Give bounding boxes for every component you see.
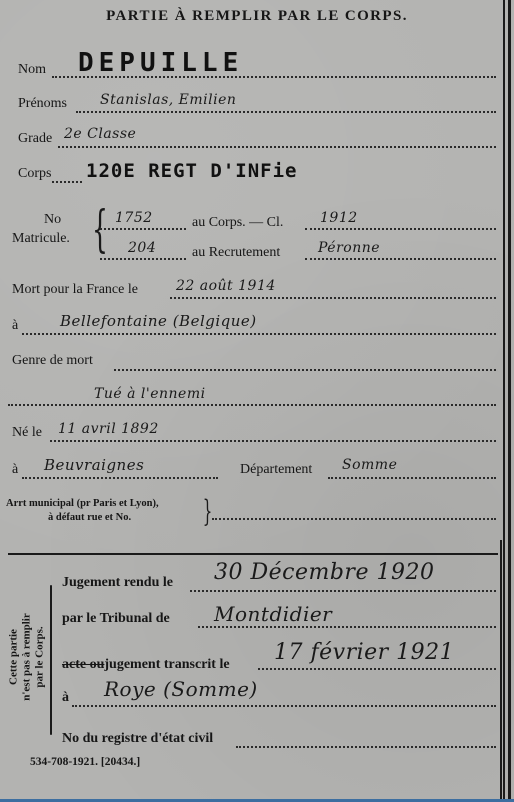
lieu-mort-label: à (12, 318, 18, 334)
recrutement-place-dotted (305, 258, 496, 260)
prenoms-value: Stanislas, Emilien (100, 92, 236, 108)
genre-mort-label: Genre de mort (12, 353, 93, 369)
nom-label: Nom (18, 62, 46, 78)
matricule-label: Matricule. (12, 231, 70, 247)
corps-value: 120E REGT D'INFie (86, 160, 297, 182)
footer-print-code: 534-708-1921. [20434.] (30, 756, 140, 768)
lieu-naissance-value: Beuvraignes (44, 456, 144, 474)
transcrit-value: 17 février 1921 (274, 640, 454, 665)
grade-dotted-line (58, 146, 496, 148)
arrondissement-label-line2: à défaut rue et No. (48, 512, 131, 523)
registre-label: No du registre d'état civil (62, 731, 213, 747)
registre-dotted-line (236, 746, 496, 748)
civil-side-note: Cette partie n'est pas à remplir par le … (2, 572, 52, 742)
genre-mort-dotted-line-1 (114, 369, 496, 371)
arrondissement-dotted-line (212, 518, 496, 520)
tribunal-value: Montdidier (214, 602, 332, 626)
side-note-line-1: Cette partie (8, 613, 21, 701)
grade-label: Grade (18, 131, 52, 147)
mort-value: 22 août 1914 (176, 278, 276, 294)
arrondissement-label-line1: Arrt municipal (pr Paris et Lyon), (6, 498, 159, 509)
tribunal-dotted-line (198, 626, 496, 628)
section-divider (8, 553, 498, 555)
lieu-mort-dotted-line (22, 333, 496, 335)
grade-value: 2e Classe (64, 126, 136, 142)
transcrit-label-group: acte oujugement transcrit le (62, 653, 230, 673)
form-title: PARTIE À REMPLIR PAR LE CORPS. (0, 8, 514, 25)
corps-dotted-line (52, 181, 82, 183)
right-border-line-outer (508, 0, 511, 799)
document-page: PARTIE À REMPLIR PAR LE CORPS. Nom DEPUI… (0, 0, 514, 799)
civil-section-brace (50, 585, 52, 735)
departement-dotted-line (328, 477, 496, 479)
tribunal-label: par le Tribunal de (62, 611, 170, 627)
jugement-dotted-line (190, 590, 496, 592)
right-border-line (503, 0, 505, 799)
lieu-mort-value: Bellefontaine (Belgique) (60, 312, 257, 330)
jugement-label: Jugement rendu le (62, 575, 173, 591)
prenoms-dotted-line (76, 111, 496, 113)
matricule-no-label: No (44, 212, 61, 228)
side-note-line-2: n'est pas à remplir (21, 613, 34, 701)
matricule-recrutement-dotted (100, 258, 186, 260)
lieu-transcription-value: Roye (Somme) (104, 677, 258, 701)
recrutement-place-value: Péronne (318, 240, 380, 256)
ne-le-label: Né le (12, 425, 42, 441)
lieu-naissance-dotted-line (22, 477, 218, 479)
ne-le-value: 11 avril 1892 (58, 421, 159, 437)
genre-mort-dotted-line-2 (8, 404, 496, 406)
lieu-transcription-label: à (62, 690, 69, 706)
ne-le-dotted-line (50, 440, 496, 442)
matricule-corps-dotted (100, 228, 186, 230)
transcrit-label: jugement transcrit le (104, 657, 229, 672)
nom-value: DEPUILLE (78, 48, 243, 78)
departement-label: Département (240, 462, 312, 478)
transcrit-dotted-line (258, 668, 496, 670)
mort-dotted-line (170, 297, 496, 299)
classe-value: 1912 (320, 210, 358, 226)
recrutement-label: au Recrutement (192, 245, 280, 261)
genre-mort-value: Tué à l'ennemi (94, 386, 206, 402)
lieu-transcription-dotted-line (72, 705, 496, 707)
transcrit-struck-label: acte ou (62, 657, 104, 672)
classe-dotted (305, 228, 496, 230)
side-note-line-3: par le Corps. (34, 613, 47, 701)
mort-label: Mort pour la France le (12, 282, 138, 298)
matricule-recrutement-value: 204 (128, 240, 156, 256)
matricule-corps-label: au Corps. — Cl. (192, 215, 283, 231)
arrondissement-brace: } (203, 497, 213, 527)
corps-label: Corps (18, 166, 51, 182)
prenoms-label: Prénoms (18, 96, 67, 112)
matricule-corps-value: 1752 (115, 210, 153, 226)
lieu-naissance-label: à (12, 462, 18, 478)
jugement-value: 30 Décembre 1920 (214, 560, 434, 585)
departement-value: Somme (342, 457, 397, 473)
right-border-line-inner (500, 540, 502, 799)
